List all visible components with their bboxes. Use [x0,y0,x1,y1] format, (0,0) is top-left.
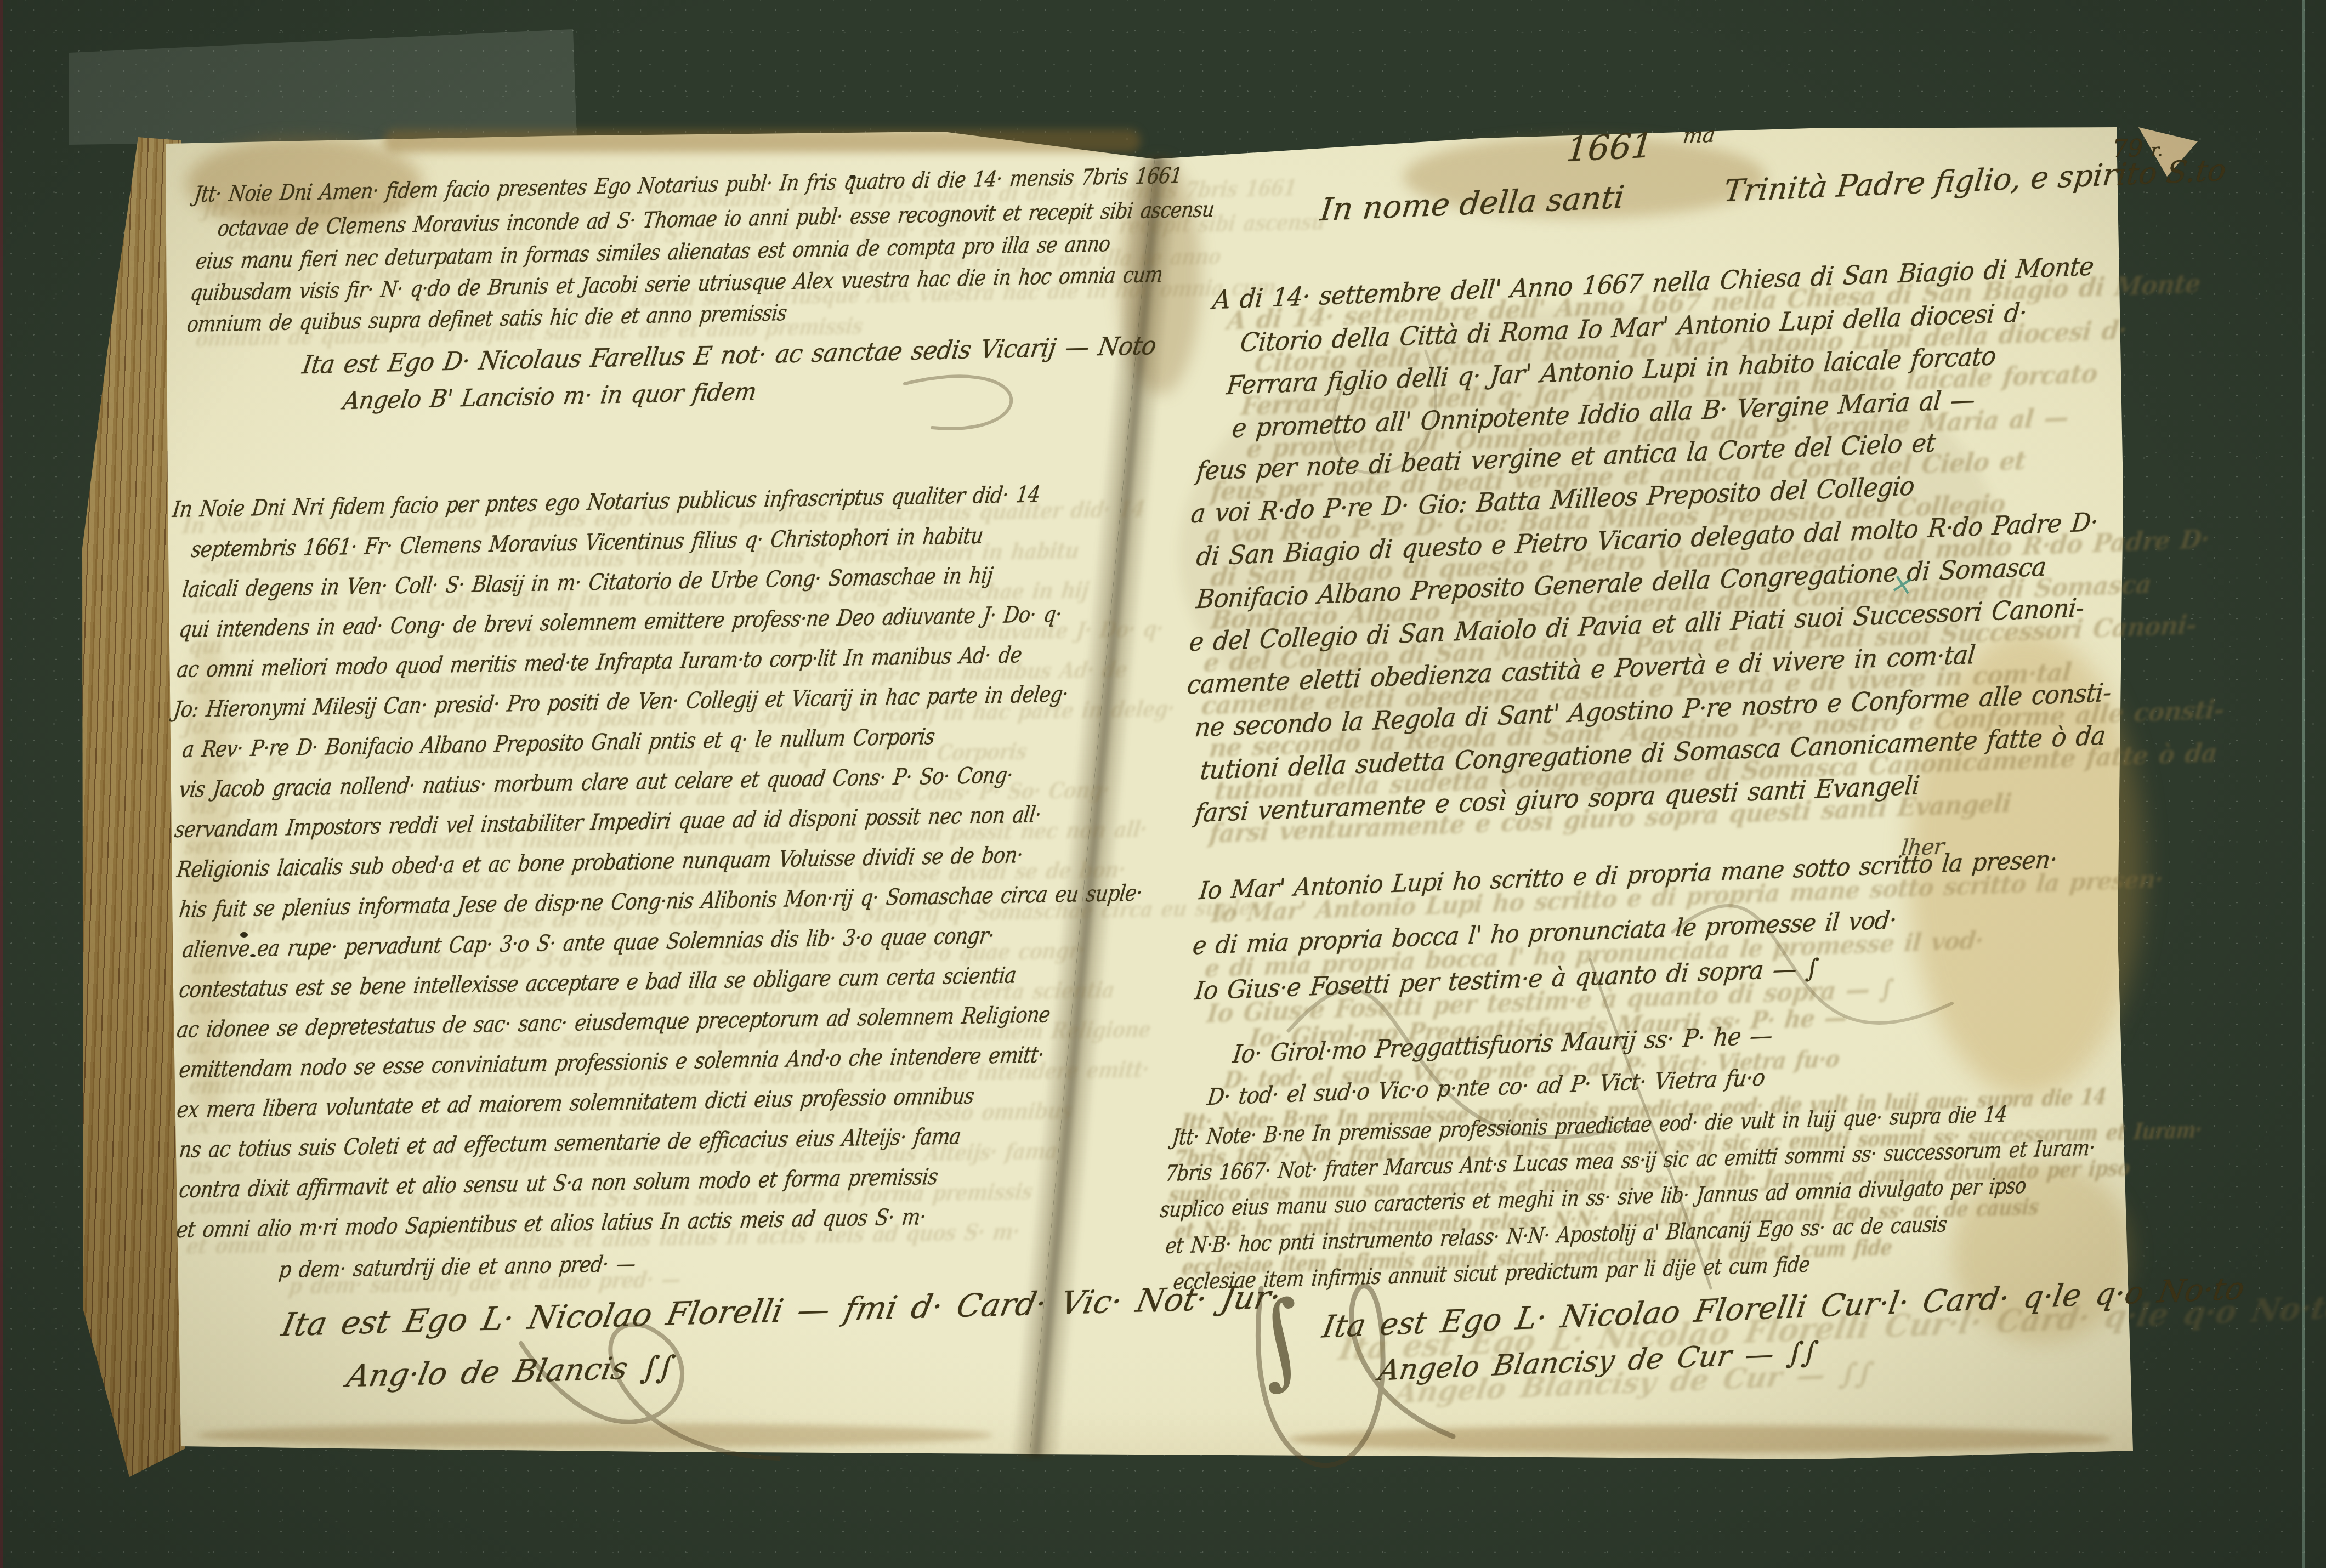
handwriting-layer: 1661 ma 79 r. In nome della santi Trinit… [0,0,2326,1568]
signature-flourish: ∫ [1241,1278,1320,1402]
invocation-heading-rest: Trinità Padre figlio, e spirito S.to [1722,152,2228,209]
year-annotation: 1661 [1565,125,1655,170]
heading-superscript: ma [1682,122,1717,148]
handwritten-line: Angelo B' Lancisio m· in quor fidem [341,378,758,415]
manuscript-photo: 1661 ma 79 r. In nome della santi Trinit… [0,0,2326,1568]
handwritten-line: Ang·lo de Blancis ∫∫ [344,1349,678,1394]
invocation-heading: In nome della santi [1318,179,1626,229]
